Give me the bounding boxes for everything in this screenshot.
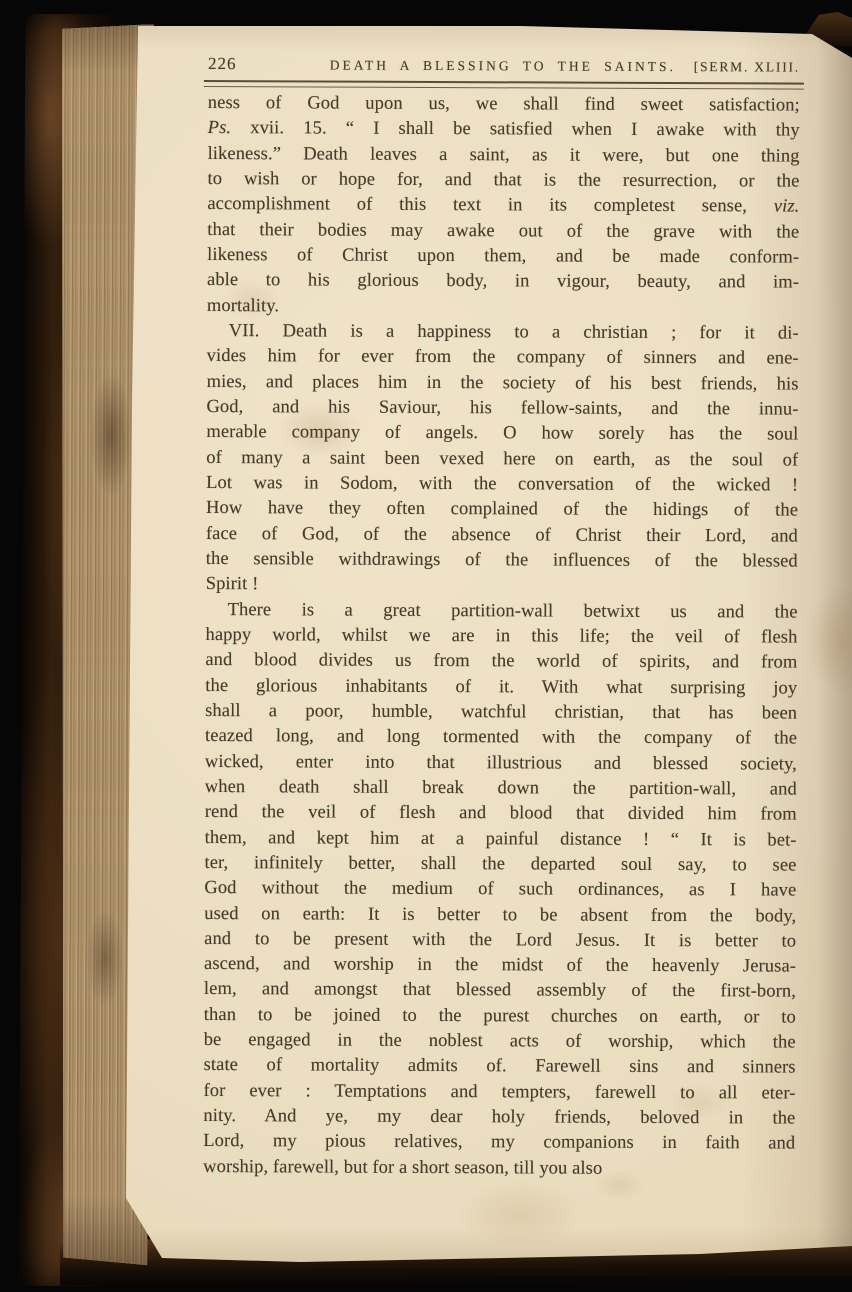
text-line: them, and kept him at a painful distance…: [205, 826, 797, 854]
running-title: DEATH A BLESSING TO THE SAINTS.: [312, 57, 694, 75]
text-line: wicked, enter into that illustrious and …: [205, 750, 797, 778]
text-line: Lord, my pious relatives, my companions …: [203, 1129, 795, 1157]
page-text: ness of God upon us, we shall find sweet…: [203, 91, 800, 1183]
paragraph: There is a great partition-wall betwixt …: [203, 598, 798, 1183]
text-line: ter, infinitely better, shall the depart…: [204, 851, 796, 879]
text-line: mies, and places him in the society of h…: [207, 370, 799, 398]
text-line: to wish or hope for, and that is the res…: [207, 167, 799, 195]
text-line: Ps. xvii. 15. “ I shall be satisfied whe…: [208, 116, 800, 144]
photo-background: 226 DEATH A BLESSING TO THE SAINTS. [SER…: [0, 0, 852, 1292]
text-line: of many a saint been vexed here on earth…: [206, 446, 798, 474]
text-line: vides him for ever from the company of s…: [207, 344, 799, 372]
text-line: likeness of Christ upon them, and be mad…: [207, 243, 799, 271]
text-line: when death shall break down the partitio…: [205, 775, 797, 803]
text-line: likeness.” Death leaves a saint, as it w…: [208, 142, 800, 170]
paragraph: VII. Death is a happiness to a christian…: [206, 319, 799, 600]
text-line: teazed long, and long tormented with the…: [205, 724, 797, 752]
text-line: There is a great partition-wall betwixt …: [206, 598, 798, 626]
text-line: ness of God upon us, we shall find sweet…: [208, 91, 800, 119]
text-line: able to his glorious body, in vigour, be…: [207, 268, 799, 296]
text-line: the sensible withdrawings of the influen…: [206, 547, 798, 575]
text-line: shall a poor, humble, watchful christian…: [205, 699, 797, 727]
text-line: be engaged in the noblest acts of worshi…: [204, 1028, 796, 1056]
paragraph: ness of God upon us, we shall find sweet…: [207, 91, 800, 322]
text-line: than to be joined to the purest churches…: [204, 1003, 796, 1031]
text-line: Lot was in Sodom, with the conversation …: [206, 471, 798, 499]
text-line: VII. Death is a happiness to a christian…: [207, 319, 799, 347]
text-line: rend the veil of flesh and blood that di…: [205, 800, 797, 828]
text-line: God, and his Saviour, his fellow-saints,…: [206, 395, 798, 423]
text-line: happy world, whilst we are in this life;…: [205, 623, 797, 651]
text-line: God without the medium of such ordinance…: [204, 876, 796, 904]
text-line: How have they often complained of the hi…: [206, 496, 798, 524]
text-line: for ever : Temptations and tempters, far…: [203, 1079, 795, 1107]
text-line: that their bodies may awake out of the g…: [207, 218, 799, 246]
text-line: Spirit !: [206, 572, 798, 600]
text-line: and to be present with the Lord Jesus. I…: [204, 927, 796, 955]
text-line: face of God, of the absence of Christ th…: [206, 522, 798, 550]
page-number: 226: [208, 54, 312, 74]
sermon-number: [SERM. XLIII.: [694, 59, 800, 75]
page-header: 226 DEATH A BLESSING TO THE SAINTS. [SER…: [208, 54, 800, 77]
text-line: nity. And ye, my dear holy friends, belo…: [203, 1104, 795, 1132]
header-double-rule: [204, 80, 804, 90]
text-line: and blood divides us from the world of s…: [205, 648, 797, 676]
text-line: the glorious inhabitants of it. With wha…: [205, 674, 797, 702]
text-line: mortality.: [207, 294, 799, 322]
text-line: state of mortality admits of. Farewell s…: [204, 1053, 796, 1081]
text-line: merable company of angels. O how sorely …: [206, 420, 798, 448]
text-line: lem, and amongst that blessed assembly o…: [204, 977, 796, 1005]
text-line: ascend, and worship in the midst of the …: [204, 952, 796, 980]
text-line: used on earth: It is better to be absent…: [204, 901, 796, 929]
text-line: worship, farewell, but for a short seaso…: [203, 1155, 795, 1183]
text-line: accomplishment of this text in its compl…: [207, 192, 799, 220]
